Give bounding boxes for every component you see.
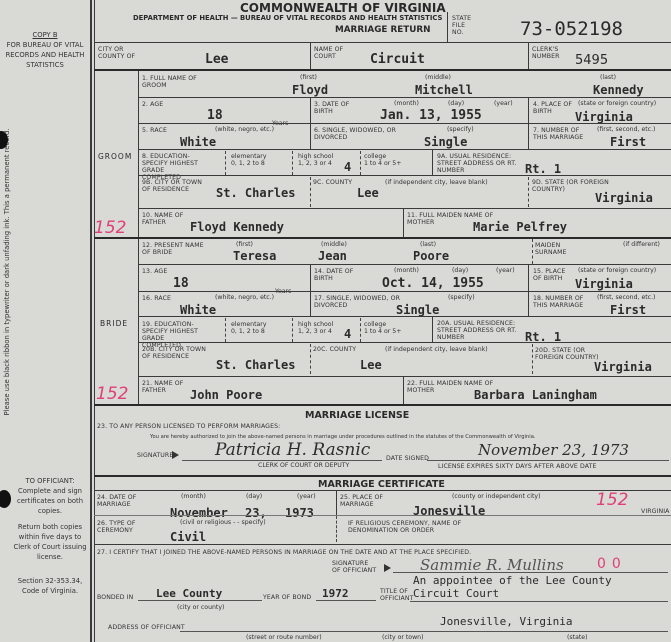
bride-city: St. Charles [216,358,295,372]
bride-father-label: 21. NAME OF FATHER [142,380,192,394]
bride-maiden-label: MAIDEN SURNAME [535,242,575,256]
bride-age: 18 [173,276,189,291]
bride-high-school-grade: 4 [344,327,351,341]
groom-age-label: 2. AGE [142,101,163,108]
bride-dob-label: 14. DATE OF BIRTH [314,268,354,282]
hint-high-school-range: 1, 2, 3 or 4 [298,160,332,167]
hint-county-city: (county or independent city) [452,493,541,500]
bride-street-label: 20a. USUAL RESIDENCE: STREET ADDRESS OR … [437,320,517,341]
groom-middle-name: Mitchell [415,83,473,97]
groom-race: White [180,135,216,149]
license-expiry-note: LICENSE EXPIRES SIXTY DAYS AFTER ABOVE D… [438,463,597,470]
officiant-address: Jonesville, Virginia [440,615,572,628]
bride-marriage-number-label: 18. NUMBER OF THIS MARRIAGE [533,295,593,309]
hint-middle: (middle) [425,74,451,81]
officiant-signature[interactable]: Sammie R. Mullins [420,556,564,574]
state-file-label: STATE FILE NO. [452,15,474,36]
license-title: MARRIAGE LICENSE [305,410,409,421]
marriage-date-label: 24. DATE OF MARRIAGE [97,494,142,508]
bride-status-label: 17. SINGLE, WIDOWED, OR DIVORCED [314,295,404,309]
hint-high-school: high school [298,153,333,160]
hint-independent-city: (if independent city, leave blank) [385,346,488,353]
certification-statement: 27. I CERTIFY THAT I JOINED THE ABOVE-NA… [97,549,471,556]
hint-ordinal: (first, second, etc.) [597,294,655,301]
hint-place: (state or foreign country) [578,100,656,107]
bride-marital-status: Single [396,303,439,317]
hint-year: (year) [297,493,316,500]
officiant-title-label: TITLE OF OFFICIANT [380,588,410,602]
hint-first: (first) [300,74,317,81]
hint-race: (white, negro, etc.) [215,126,274,133]
groom-section-label: GROOM [98,152,132,161]
groom-race-label: 5. RACE [142,127,167,134]
hint-month: (month) [394,267,419,274]
officiant-title-line1: An appointee of the Lee County [413,574,612,587]
groom-age: 18 [207,108,223,123]
groom-city: St. Charles [216,186,295,200]
groom-high-school-grade: 4 [344,160,351,174]
officiant-note-1: Complete and sign certificates on both c… [10,486,90,516]
hint-day: (day) [246,493,262,500]
bride-father: John Poore [190,388,262,402]
hint-high-school-range: 1, 2, 3 or 4 [298,328,332,335]
marriage-state: VIRGINIA [641,508,669,515]
license-signature-label: SIGNATURE [137,452,173,459]
arrow-right-icon [384,564,391,572]
hint-state: (state) [567,634,588,641]
hint-day: (day) [452,267,468,274]
bride-county: Lee [360,358,382,372]
officiant-signature-label: SIGNATURE OF OFFICIANT [332,560,378,574]
state-file-number: 73-052198 [520,18,623,40]
groom-last-name: Kennedy [593,83,644,97]
hint-first: (first) [236,241,253,248]
hint-elementary: elementary [231,321,267,328]
groom-city-label: 9b. CITY OR TOWN OF RESIDENCE [142,179,212,193]
ceremony-type-label: 26. TYPE OF CEREMONY [97,520,142,534]
court-value: Circuit [370,52,425,67]
bonded-in: Lee County [156,587,222,600]
copy-note: COPY B FOR BUREAU OF VITAL RECORDS AND H… [0,30,90,70]
city-county-label: CITY OR COUNTY OF [98,46,148,60]
clerk-title: CLERK OF COURT OR DEPUTY [258,462,349,469]
date-signed: November 23, 1973 [478,441,629,459]
bride-dob: Oct. 14, 1955 [382,276,484,291]
bride-pob: Virginia [575,277,633,291]
state-heading: COMMONWEALTH OF VIRGINIA [240,1,446,15]
hint-ordinal: (first, second, etc.) [597,126,655,133]
groom-street-label: 9a. USUAL RESIDENCE: STREET ADDRESS OR R… [437,153,517,174]
hint-street: (street or route number) [246,634,322,641]
bride-last-name: Poore [413,249,449,263]
marriage-month: November [170,506,228,520]
groom-first-name: Floyd [292,83,328,97]
hint-year: (year) [494,100,513,107]
hint-ceremony-type: (civil or religious - - specify) [180,519,266,526]
officiant-note-2: Return both copies within five days to C… [10,522,90,562]
groom-code-annotation: 152 [94,218,126,238]
hint-specify: (specify) [447,126,474,133]
code-reference: Section 32-353.34, Code of Virginia. [10,576,90,596]
bride-marriage-number: First [610,303,646,317]
license-addressee: 23. TO ANY PERSON LICENSED TO PERFORM MA… [97,423,280,430]
groom-marriage-number-label: 7. NUMBER OF THIS MARRIAGE [533,127,593,141]
certificate-title: MARRIAGE CERTIFICATE [318,479,445,490]
hint-elementary: elementary [231,153,267,160]
bride-name-label: 12. PRESENT NAME OF BRIDE [142,242,212,256]
groom-state: Virginia [595,191,653,205]
bride-county-label: 20c. COUNTY [313,346,356,353]
groom-marital-status: Single [424,135,467,149]
hint-high-school: high school [298,321,333,328]
groom-dob-label: 3. DATE OF BIRTH [314,101,354,115]
hint-day: (day) [448,100,464,107]
bride-section-label: BRIDE [100,319,128,328]
bride-state-label: 20d. STATE (OR FOREIGN COUNTRY) [535,347,615,361]
groom-street: Rt. 1 [525,162,561,176]
copy-description: FOR BUREAU OF VITAL RECORDS AND HEALTH S… [0,40,90,70]
hint-middle: (middle) [321,241,347,248]
groom-father-label: 10. NAME OF FATHER [142,212,192,226]
bride-education-label: 19. EDUCATION-SPECIFY HIGHEST GRADE COMP… [142,321,204,349]
bonded-in-label: BONDED IN [97,594,133,601]
groom-county-label: 9c. COUNTY [313,179,352,186]
officiant-address-label: ADDRESS OF OFFICIANT [108,624,185,631]
bond-year-label: YEAR OF BOND [263,594,311,601]
hint-college-range: 1 to 4 or 5+ [364,328,401,335]
hint-last: (last) [600,74,616,81]
hint-year: (year) [496,267,515,274]
hint-city-town: (city or town) [382,634,424,641]
hint-elementary-range: 0, 1, 2 to 8 [231,160,265,167]
arrow-right-icon [172,451,179,459]
denomination-label: IF RELIGIOUS CEREMONY, NAME OF DENOMINAT… [348,520,478,534]
bride-middle-name: Jean [318,249,347,263]
bride-age-label: 13. AGE [142,268,167,275]
bride-mother: Barbara Laningham [474,388,597,402]
bride-state: Virginia [594,360,652,374]
groom-pob-label: 4. PLACE OF BIRTH [533,101,573,115]
city-county-value: Lee [205,52,228,67]
department-heading: DEPARTMENT OF HEALTH — BUREAU OF VITAL R… [133,14,442,22]
groom-name-label: 1. FULL NAME OF GROOM [142,75,212,89]
hint-month: (month) [394,100,419,107]
groom-father: Floyd Kennedy [190,220,284,234]
date-signed-label: DATE SIGNED [386,455,429,462]
bride-code-annotation: 152 [96,384,128,404]
hint-college: college [364,153,386,160]
hint-city-county: (city or county) [177,604,224,611]
marriage-place-label: 25. PLACE OF MARRIAGE [340,494,385,508]
hint-last: (last) [420,241,436,248]
court-label: NAME OF COURT [314,46,354,60]
form-title: MARRIAGE RETURN [335,25,431,35]
hint-specify: (specify) [448,294,475,301]
clerk-signature[interactable]: Patricia H. Rasnic [215,440,370,460]
hint-place: (state or foreign country) [578,267,656,274]
bond-year: 1972 [322,587,349,600]
bride-first-name: Teresa [233,249,276,263]
officiant-instructions: TO OFFICIANT: Complete and sign certific… [10,476,90,596]
bride-race: White [180,303,216,317]
groom-marriage-number: First [610,135,646,149]
ceremony-type: Civil [170,530,206,544]
groom-dob: Jan. 13, 1955 [380,108,482,123]
groom-pob: Virginia [575,110,633,124]
groom-county: Lee [357,186,379,200]
hint-college: college [364,321,386,328]
hint-race: (white, negro, etc.) [215,294,274,301]
officiant-title: TO OFFICIANT: [10,476,90,486]
marriage-year: 1973 [285,506,314,520]
officiant-title-line2: Circuit Court [413,587,499,600]
bride-pob-label: 15. PLACE OF BIRTH [533,268,573,282]
groom-status-label: 6. SINGLE, WIDOWED, OR DIVORCED [314,127,404,141]
hint-independent-city: (if independent city, leave blank) [385,179,488,186]
marriage-day: 23, [245,506,267,520]
groom-education-label: 8. EDUCATION-SPECIFY HIGHEST GRADE COMPL… [142,153,204,181]
hint-month: (month) [181,493,206,500]
bride-city-label: 20b. CITY OR TOWN OF RESIDENCE [142,346,212,360]
groom-mother: Marie Pelfrey [473,220,567,234]
hint-elementary-range: 0, 1, 2 to 8 [231,328,265,335]
clerk-number-value: 5495 [575,53,608,68]
hint-college-range: 1 to 4 or 5+ [364,160,401,167]
clerk-number-label: CLERK'S NUMBER [532,46,572,60]
bride-race-label: 16. RACE [142,295,171,302]
copy-label: COPY B [0,30,90,40]
hint-if-different: (if different) [623,241,660,248]
place-code-annotation: 152 [596,490,628,510]
officiant-code-annotation: 00 [597,556,627,572]
